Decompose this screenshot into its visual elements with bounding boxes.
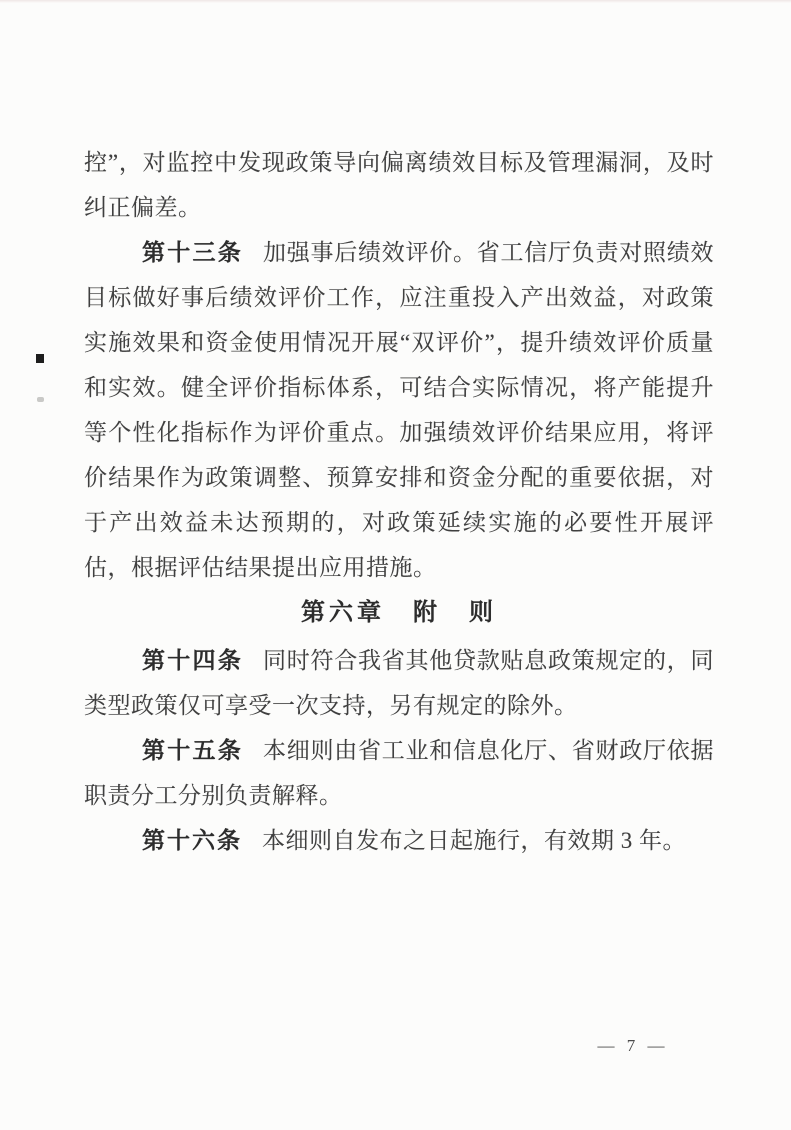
article-13-paragraph: 第十三条加强事后绩效评价。省工信厅负责对照绩效目标做好事后绩效评价工作，应注重投… [84, 230, 714, 590]
paragraph-continuation: 控”，对监控中发现政策导向偏离绩效目标及管理漏洞，及时纠正偏差。 [84, 140, 714, 230]
paragraph-text: 控”，对监控中发现政策导向偏离绩效目标及管理漏洞，及时纠正偏差。 [84, 150, 714, 220]
ink-speck [37, 397, 44, 402]
page-number: — 7 — [588, 1036, 678, 1056]
article-16-text: 本细则自发布之日起施行，有效期 3 年。 [262, 828, 686, 853]
ink-speck [36, 354, 44, 363]
document-body: 控”，对监控中发现政策导向偏离绩效目标及管理漏洞，及时纠正偏差。 第十三条加强事… [84, 140, 714, 863]
article-16-paragraph: 第十六条本细则自发布之日起施行，有效期 3 年。 [84, 818, 714, 863]
article-13-text: 加强事后绩效评价。省工信厅负责对照绩效目标做好事后绩效评价工作，应注重投入产出效… [84, 240, 714, 580]
article-15-paragraph: 第十五条本细则由省工业和信息化厅、省财政厅依据职责分工分别负责解释。 [84, 728, 714, 818]
article-16-label: 第十六条 [142, 828, 242, 853]
scan-edge-artifact [0, 0, 791, 3]
scanned-document-page: 控”，对监控中发现政策导向偏离绩效目标及管理漏洞，及时纠正偏差。 第十三条加强事… [0, 0, 791, 1130]
article-14-paragraph: 第十四条同时符合我省其他贷款贴息政策规定的，同类型政策仅可享受一次支持，另有规定… [84, 638, 714, 728]
chapter-heading: 第六章 附 则 [84, 591, 714, 636]
article-15-label: 第十五条 [142, 738, 243, 763]
article-14-label: 第十四条 [142, 648, 243, 673]
article-13-label: 第十三条 [142, 240, 243, 265]
